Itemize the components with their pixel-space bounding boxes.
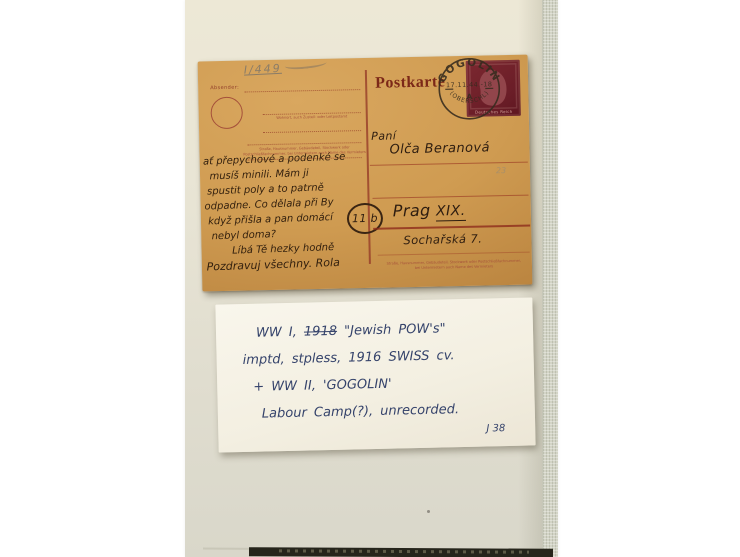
- address-caption-block: Straße, Hausnummer, Gebäudeteil, Stockwe…: [380, 259, 528, 272]
- dust-speck: [427, 510, 430, 513]
- album-page: I/449 Absender: Wohnort, auch Zustell- o…: [185, 0, 558, 557]
- photo-scan-of-album-page: I/449 Absender: Wohnort, auch Zustell- o…: [0, 0, 740, 557]
- absender-rule: [244, 89, 360, 92]
- note-card: WW I, 1918 "Jewish POW's" imptd, stpless…: [215, 297, 535, 452]
- printed-circle: [210, 97, 243, 130]
- address-street: Sochařská 7.: [403, 232, 482, 248]
- address-rule-2: [373, 195, 529, 199]
- address-rule-3: [378, 252, 530, 256]
- note-reference-number: J 38: [486, 423, 505, 434]
- note-line1-struck-year: 1918: [304, 324, 337, 340]
- postcard: I/449 Absender: Wohnort, auch Zustell- o…: [198, 55, 533, 292]
- postmark-gogolin: GOGOLIN 17.11.44.-18 A (OBERSCHL): [432, 53, 507, 127]
- address-district-underlined: XIX.: [436, 203, 466, 222]
- address-name: Olča Beranová: [389, 140, 490, 157]
- next-row-dark-edge: [249, 547, 553, 557]
- address-city-name: Prag: [393, 201, 437, 221]
- absender-label: Absender:: [210, 85, 239, 92]
- sender-caption-wohnort: Wohnort, auch Zustell- oder Leitpostamt: [257, 114, 367, 121]
- note-line1-post: "Jewish POW's": [337, 321, 446, 338]
- note-card-text: WW I, 1918 "Jewish POW's" imptd, stpless…: [242, 315, 460, 428]
- dealer-pencil-annotation: I/449: [244, 60, 327, 77]
- postmark-date: 17.11.44.-18: [446, 80, 493, 89]
- address-city: Prag XIX.: [393, 200, 466, 221]
- handwritten-message: ať přepychové a podenké se musíš minili.…: [203, 149, 375, 275]
- address-salutation: Paní: [371, 129, 396, 143]
- note-line-4: Labour Camp(?), unrecorded.: [262, 396, 460, 427]
- note-line1-pre: WW I,: [256, 325, 304, 341]
- faint-pencil-note: 23: [496, 166, 506, 175]
- album-binding-texture: [542, 0, 558, 557]
- printed-red-rule: [373, 225, 530, 230]
- sender-rule-2: [263, 130, 361, 133]
- note-line-2: imptd, stpless, 1916 SWISS cv.: [242, 342, 458, 374]
